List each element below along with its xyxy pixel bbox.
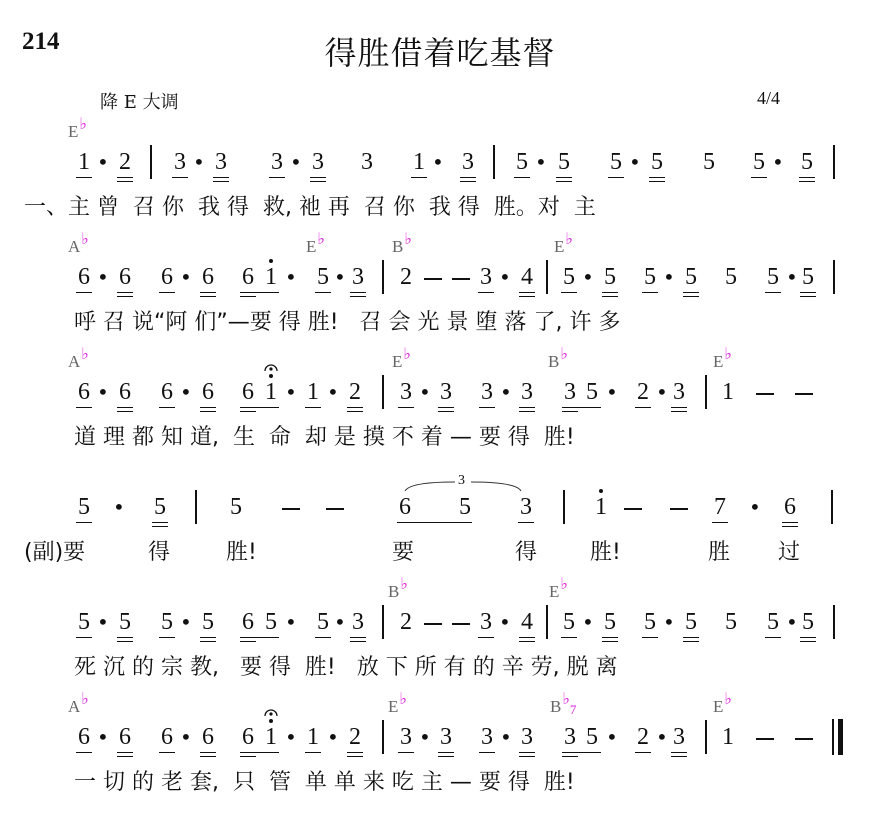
chord-root: E	[554, 237, 564, 256]
note: 5	[513, 150, 531, 174]
underline-eighth	[799, 177, 815, 178]
chord-root: E	[549, 582, 559, 601]
chord-root: E	[306, 237, 316, 256]
note-value: 5	[459, 494, 471, 520]
underline-sixteenth	[200, 756, 216, 757]
underline-sixteenth	[799, 181, 815, 182]
note: 5	[314, 610, 332, 634]
note-value: 3	[361, 149, 373, 175]
underline-eighth	[200, 292, 216, 293]
note: 5	[641, 265, 659, 289]
underline-sixteenth	[152, 526, 168, 527]
underline-eighth	[478, 292, 494, 293]
note-value: 6	[161, 379, 173, 405]
note-value: 4	[521, 609, 533, 635]
barline	[382, 720, 384, 754]
note-value: 1	[595, 494, 607, 520]
barline	[831, 490, 833, 524]
note-value: 6	[202, 724, 214, 750]
note: 6	[239, 610, 257, 634]
augmentation-dot: •	[629, 150, 639, 174]
underline-sixteenth	[519, 756, 535, 757]
note: 5	[75, 610, 93, 634]
chord-root: A	[68, 237, 80, 256]
underline-eighth	[240, 752, 256, 753]
underline-eighth	[315, 637, 331, 638]
underline-eighth	[159, 407, 175, 408]
note: 5	[158, 610, 176, 634]
note-value: 5	[644, 264, 656, 290]
underline-eighth	[671, 407, 687, 408]
note-value: 6	[161, 264, 173, 290]
staff-system: A♭E♭B♭E♭6•66•661•5•323•45•55•555•5呼 召 说“…	[0, 235, 880, 350]
note: 5	[116, 610, 134, 634]
note: 5	[314, 265, 332, 289]
barline	[833, 145, 835, 179]
flat-icon: ♭	[81, 346, 89, 363]
augmentation-dot: •	[285, 380, 295, 404]
note: 1	[592, 495, 610, 519]
note-value: 3	[480, 609, 492, 635]
note-value: 2	[637, 724, 649, 750]
underline-sixteenth	[350, 641, 366, 642]
flat-icon: ♭	[560, 346, 568, 363]
underline-sixteenth	[350, 296, 366, 297]
underline-eighth	[152, 522, 168, 523]
note-value: 6	[78, 264, 90, 290]
note: 6	[199, 380, 217, 404]
flat-icon: ♭	[562, 691, 570, 708]
underline-sixteenth	[438, 756, 454, 757]
note-value: 3	[440, 724, 452, 750]
chord-root: A	[68, 352, 80, 371]
note-value: 5	[586, 379, 598, 405]
note: 6	[239, 725, 257, 749]
note-value: 5	[516, 149, 528, 175]
underline-eighth	[519, 292, 535, 293]
note-value: 1	[722, 379, 734, 405]
underline-eighth	[76, 637, 92, 638]
augmentation-dot: •	[97, 610, 107, 634]
barline	[195, 490, 197, 524]
note-value: 1	[265, 724, 277, 750]
note: 5	[700, 150, 718, 174]
sustain-dash	[795, 738, 813, 740]
note-value: 6	[78, 379, 90, 405]
underline-sixteenth	[240, 641, 256, 642]
lyric-word: 胜	[708, 541, 730, 565]
underline-sixteenth	[117, 181, 133, 182]
underline-eighth	[350, 637, 366, 638]
sustain-dash	[326, 508, 344, 510]
underline-eighth	[159, 752, 175, 753]
note-value: 2	[400, 609, 412, 635]
underline-sixteenth	[438, 411, 454, 412]
staff-system: B♭E♭5•55•565•5•323•45•55•555•5死 沉 的 宗 教,…	[0, 580, 880, 695]
barline	[493, 145, 495, 179]
augmentation-dot: •	[327, 380, 337, 404]
note-value: 1	[265, 264, 277, 290]
note: 5	[199, 610, 217, 634]
note-value: 3	[400, 724, 412, 750]
note-value: 5	[703, 149, 715, 175]
note-value: 5	[802, 264, 814, 290]
underline-eighth	[305, 752, 321, 753]
note-value: 2	[119, 149, 131, 175]
note: 1	[262, 725, 280, 749]
note: 3	[397, 380, 415, 404]
note-value: 6	[242, 609, 254, 635]
note-value: 3	[520, 494, 532, 520]
note-value: 5	[725, 609, 737, 635]
chord-symbol: A♭	[68, 352, 89, 372]
note: 3	[561, 380, 579, 404]
chord-root: B	[550, 697, 561, 716]
augmentation-dot: •	[606, 725, 616, 749]
note: 3	[670, 725, 688, 749]
note: 5	[151, 495, 169, 519]
chord-root: E	[392, 352, 402, 371]
note-value: 5	[78, 609, 90, 635]
triplet-label: 3	[458, 473, 465, 489]
note-value: 6	[78, 724, 90, 750]
high-octave-dot	[269, 374, 273, 378]
barline	[563, 490, 565, 524]
note-value: 6	[119, 264, 131, 290]
note: 3	[478, 380, 496, 404]
underline-sixteenth	[117, 641, 133, 642]
underline-sixteenth	[649, 181, 665, 182]
note-value: 5	[685, 264, 697, 290]
barline	[833, 260, 835, 294]
fermata-icon	[263, 705, 279, 717]
underline-eighth	[478, 637, 494, 638]
augmentation-dot: •	[180, 725, 190, 749]
note-value: 2	[349, 379, 361, 405]
barline	[705, 720, 707, 754]
flat-icon: ♭	[81, 691, 89, 708]
underline-sixteenth	[117, 296, 133, 297]
note-value: 5	[753, 149, 765, 175]
high-octave-dot	[599, 489, 603, 493]
underline-sixteenth	[602, 296, 618, 297]
underline-eighth	[172, 177, 188, 178]
note-value: 1	[722, 724, 734, 750]
staff-system: E♭1•23•33•331•35•55•555•5一、主 曾 召 你 我 得 救…	[0, 120, 880, 235]
sustain-dash	[670, 508, 688, 510]
note: 6	[396, 495, 414, 519]
sustain-dash	[424, 623, 442, 625]
underline-sixteenth	[347, 411, 363, 412]
final-barline-thick	[838, 719, 843, 755]
note: 6	[781, 495, 799, 519]
sustain-dash	[624, 508, 642, 510]
note-value: 3	[352, 609, 364, 635]
note-value: 1	[78, 149, 90, 175]
note: 4	[518, 265, 536, 289]
underline-eighth	[76, 292, 92, 293]
augmentation-dot: •	[432, 150, 442, 174]
chord-symbol: E♭	[68, 122, 87, 142]
underline-eighth	[561, 292, 577, 293]
underline-eighth	[642, 637, 658, 638]
underline-eighth	[519, 407, 535, 408]
chord-root: A	[68, 697, 80, 716]
flat-icon: ♭	[317, 231, 325, 248]
underline-eighth	[518, 522, 534, 523]
augmentation-dot: •	[772, 150, 782, 174]
note-value: 5	[651, 149, 663, 175]
underline-eighth	[305, 407, 321, 408]
note: 5	[560, 610, 578, 634]
underline-sixteenth	[562, 756, 578, 757]
note: 5	[682, 610, 700, 634]
note-value: 5	[161, 609, 173, 635]
flat-icon: ♭	[399, 691, 407, 708]
note-value: 3	[352, 264, 364, 290]
chord-symbol: E♭	[713, 352, 732, 372]
note: 5	[648, 150, 666, 174]
chord-symbol: B♭	[392, 237, 412, 257]
underline-eighth	[213, 177, 229, 178]
augmentation-dot: •	[97, 150, 107, 174]
note: 6	[239, 380, 257, 404]
underline-eighth	[519, 752, 535, 753]
augmentation-dot: •	[663, 265, 673, 289]
note-value: 5	[563, 264, 575, 290]
note-value: 5	[230, 494, 242, 520]
sustain-dash	[452, 623, 470, 625]
underline-eighth	[347, 407, 363, 408]
barline	[382, 375, 384, 409]
lyric-line: 一 切 的 老 套, 只 管 单 单 来 吃 主 — 要 得 胜!	[74, 771, 575, 795]
note: 5	[601, 265, 619, 289]
underline-sixteenth	[800, 641, 816, 642]
note: 3	[518, 380, 536, 404]
note: 2	[346, 380, 364, 404]
sustain-dash	[756, 393, 774, 395]
note: 5	[750, 150, 768, 174]
note-value: 5	[685, 609, 697, 635]
chord-symbol: B♭7	[550, 697, 576, 717]
staff-system: 35•5565317•6(副)要得胜!要得胜!胜过	[0, 465, 880, 580]
note-value: 3	[521, 724, 533, 750]
note-value: 5	[119, 609, 131, 635]
note: 3	[212, 150, 230, 174]
augmentation-dot: •	[500, 725, 510, 749]
chord-symbol: B♭	[388, 582, 408, 602]
barline	[705, 375, 707, 409]
underline-eighth	[519, 637, 535, 638]
note-value: 5	[563, 609, 575, 635]
underline-eighth	[649, 177, 665, 178]
underline-eighth	[200, 637, 216, 638]
underline-sixteenth	[117, 411, 133, 412]
note-value: 5	[767, 609, 779, 635]
chord-symbol: A♭	[68, 237, 89, 257]
underline-sixteenth	[213, 181, 229, 182]
underline-eighth	[602, 637, 618, 638]
underline-eighth	[479, 407, 495, 408]
note-value: 3	[564, 724, 576, 750]
augmentation-dot: •	[749, 495, 759, 519]
augmentation-dot: •	[419, 380, 429, 404]
note: 1	[410, 150, 428, 174]
underline-sixteenth	[671, 411, 687, 412]
underline-sixteenth	[602, 641, 618, 642]
staff-system: A♭E♭B♭7E♭6•66•661•1•23•33•335•2•31一 切 的 …	[0, 695, 880, 810]
chord-symbol: E♭	[392, 352, 411, 372]
underline-sixteenth	[556, 181, 572, 182]
note-value: 1	[265, 379, 277, 405]
note: 5	[764, 265, 782, 289]
augmentation-dot: •	[180, 380, 190, 404]
barline	[546, 605, 548, 639]
note: 3	[268, 150, 286, 174]
note-value: 5	[317, 609, 329, 635]
note: 5	[799, 610, 817, 634]
lyric-line: 呼 召 说“阿 们”—要 得 胜! 召 会 光 景 堕 落 了, 许 多	[74, 311, 621, 335]
underline-sixteenth	[562, 411, 578, 412]
chord-root: B	[388, 582, 399, 601]
note-value: 5	[725, 264, 737, 290]
note: 5	[227, 495, 245, 519]
note: 3	[477, 265, 495, 289]
note-value: 5	[202, 609, 214, 635]
underline-eighth	[347, 752, 363, 753]
note: 2	[397, 610, 415, 634]
note-value: 7	[714, 494, 726, 520]
augmentation-dot: •	[285, 265, 295, 289]
note: 6	[75, 265, 93, 289]
augmentation-dot: •	[786, 265, 796, 289]
lyric-line: 道 理 都 知 道, 生 命 却 是 摸 不 着 — 要 得 胜!	[74, 426, 575, 450]
note: 3	[309, 150, 327, 174]
note-value: 2	[349, 724, 361, 750]
chord-root: E	[713, 352, 723, 371]
note: 6	[239, 265, 257, 289]
note-value: 3	[215, 149, 227, 175]
underline-eighth	[561, 637, 577, 638]
note: 3	[561, 725, 579, 749]
augmentation-dot: •	[334, 265, 344, 289]
note-value: 4	[521, 264, 533, 290]
underline-eighth	[159, 637, 175, 638]
underline-sixteenth	[200, 641, 216, 642]
note: 1	[304, 380, 322, 404]
underline-sixteenth	[683, 641, 699, 642]
chord-symbol: E♭	[549, 582, 568, 602]
underline-sixteenth	[519, 641, 535, 642]
note-value: 6	[161, 724, 173, 750]
underline-eighth	[635, 407, 651, 408]
note: 5	[583, 725, 601, 749]
augmentation-dot: •	[113, 495, 123, 519]
note: 6	[158, 380, 176, 404]
underline-eighth	[159, 292, 175, 293]
note: 1	[262, 265, 280, 289]
flat-icon: ♭	[404, 231, 412, 248]
lyric-line: 死 沉 的 宗 教, 要 得 胜! 放 下 所 有 的 辛 劳, 脱 离	[74, 656, 618, 680]
augmentation-dot: •	[500, 380, 510, 404]
note-value: 3	[174, 149, 186, 175]
note-value: 1	[413, 149, 425, 175]
augmentation-dot: •	[334, 610, 344, 634]
note-value: 5	[265, 609, 277, 635]
chord-symbol: A♭	[68, 697, 89, 717]
note-value: 1	[307, 724, 319, 750]
sustain-dash	[795, 393, 813, 395]
note: 6	[199, 725, 217, 749]
chord-root: E	[713, 697, 723, 716]
barline	[382, 260, 384, 294]
lyric-word: 胜!	[226, 541, 257, 565]
note: 3	[670, 380, 688, 404]
augmentation-dot: •	[656, 725, 666, 749]
augmentation-dot: •	[180, 265, 190, 289]
note: 3	[477, 610, 495, 634]
note-value: 2	[637, 379, 649, 405]
underline-eighth	[712, 522, 728, 523]
note: 3	[171, 150, 189, 174]
underline-sixteenth	[347, 756, 363, 757]
note-value: 5	[78, 494, 90, 520]
underline-eighth	[350, 292, 366, 293]
chord-root: B	[392, 237, 403, 256]
note-value: 3	[521, 379, 533, 405]
augmentation-dot: •	[535, 150, 545, 174]
underline-eighth	[556, 177, 572, 178]
note-value: 5	[802, 609, 814, 635]
underline-eighth	[438, 407, 454, 408]
underline-eighth	[397, 522, 413, 523]
augmentation-dot: •	[419, 725, 429, 749]
underline-eighth	[411, 177, 427, 178]
underline-sixteenth	[519, 296, 535, 297]
note: 5	[583, 380, 601, 404]
note: 6	[75, 380, 93, 404]
note-value: 5	[801, 149, 813, 175]
staff-system: A♭E♭B♭E♭6•66•661•1•23•33•335•2•31道 理 都 知…	[0, 350, 880, 465]
high-octave-dot	[269, 259, 273, 263]
note: 3	[397, 725, 415, 749]
augmentation-dot: •	[786, 610, 796, 634]
underline-eighth	[398, 407, 414, 408]
flat-icon: ♭	[560, 576, 568, 593]
note: 5	[764, 610, 782, 634]
note-value: 6	[784, 494, 796, 520]
underline-sixteenth	[671, 756, 687, 757]
note-value: 6	[242, 724, 254, 750]
note-value: 3	[564, 379, 576, 405]
note: 5	[75, 495, 93, 519]
hymn-title: 得胜借着吃基督	[0, 28, 880, 74]
augmentation-dot: •	[327, 725, 337, 749]
note-value: 6	[119, 724, 131, 750]
augmentation-dot: •	[582, 265, 592, 289]
flat-icon: ♭	[724, 691, 732, 708]
underline-eighth	[269, 177, 285, 178]
underline-eighth	[800, 637, 816, 638]
chord-symbol: E♭	[554, 237, 573, 257]
underline-sixteenth	[200, 296, 216, 297]
fermata-icon	[263, 360, 279, 372]
underline-eighth	[398, 752, 414, 753]
note: 2	[634, 380, 652, 404]
chord-symbol: E♭	[388, 697, 407, 717]
flat-icon: ♭	[403, 346, 411, 363]
note: 5	[560, 265, 578, 289]
